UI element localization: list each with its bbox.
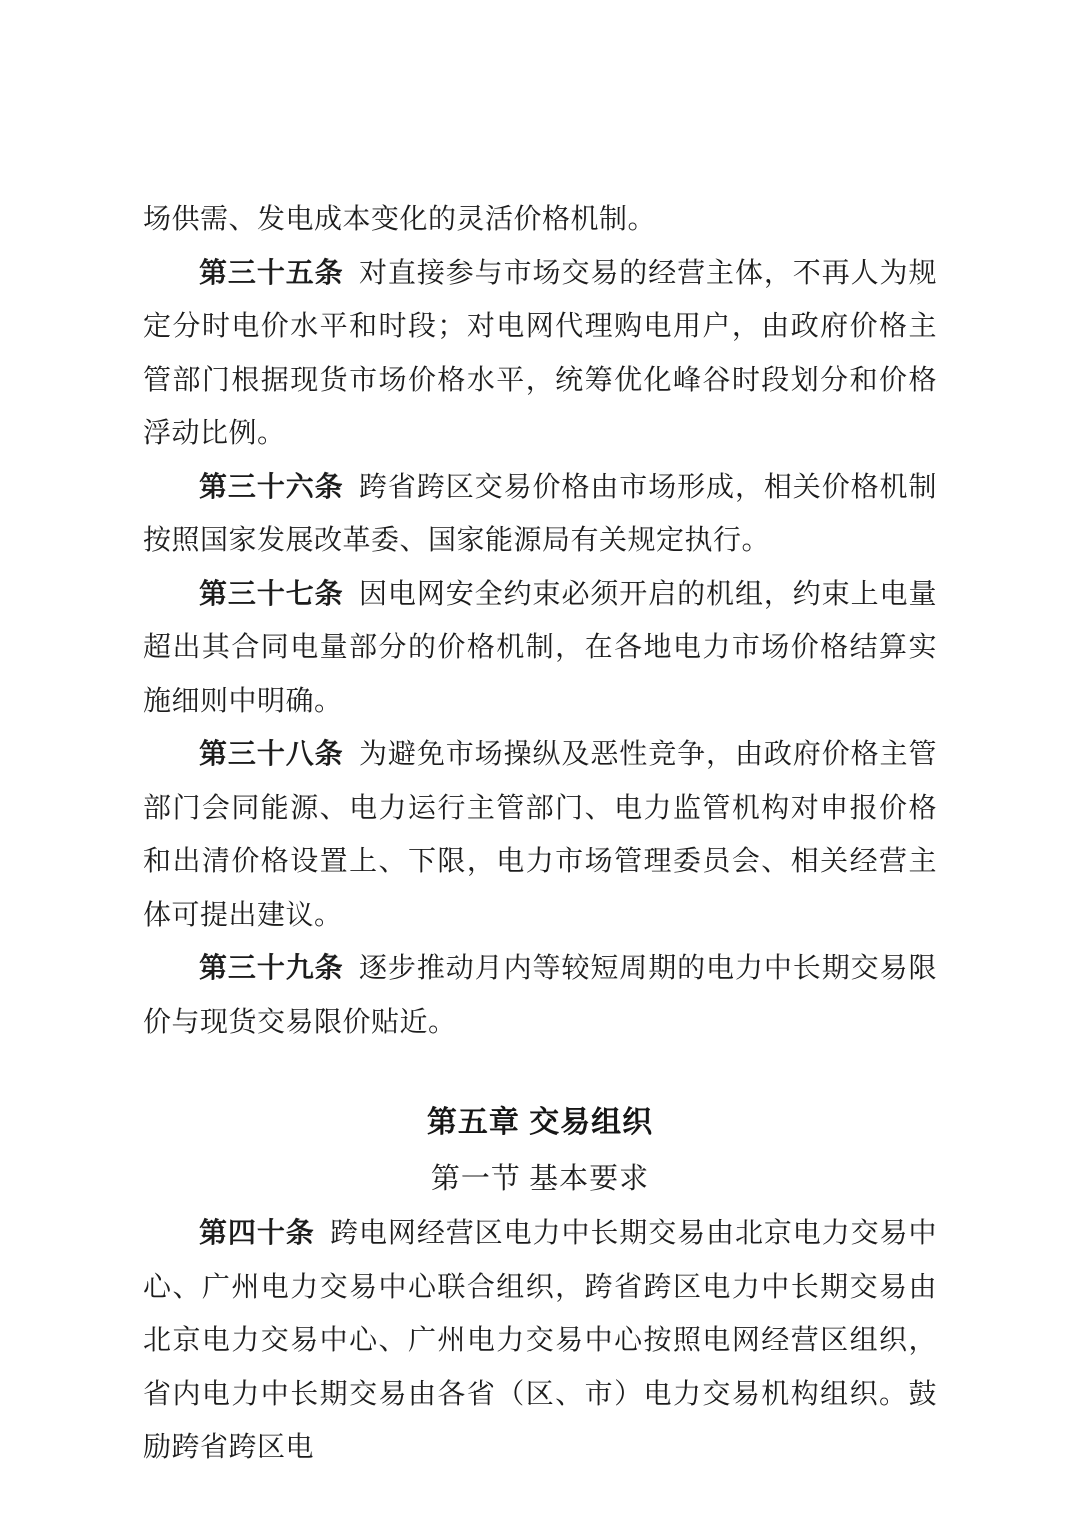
article-number: 第三十九条 — [199, 953, 344, 984]
article-number: 第四十条 — [199, 1218, 315, 1249]
article-paragraph-38: 第三十八条为避免市场操纵及恶性竞争，由政府价格主管部门会同能源、电力运行主管部门… — [143, 728, 937, 942]
chapter-heading: 第五章 交易组织 — [143, 1095, 937, 1151]
document-page: 场供需、发电成本变化的灵活价格机制。 第三十五条对直接参与市场交易的经营主体，不… — [0, 0, 1080, 1527]
article-number: 第三十六条 — [199, 472, 344, 503]
article-number: 第三十八条 — [199, 739, 344, 770]
document-body: 场供需、发电成本变化的灵活价格机制。 第三十五条对直接参与市场交易的经营主体，不… — [143, 193, 937, 1475]
article-paragraph-40: 第四十条跨电网经营区电力中长期交易由北京电力交易中心、广州电力交易中心联合组织，… — [143, 1207, 937, 1475]
article-paragraph-36: 第三十六条跨省跨区交易价格由市场形成，相关价格机制按照国家发展改革委、国家能源局… — [143, 461, 937, 568]
article-paragraph-39: 第三十九条逐步推动月内等较短周期的电力中长期交易限价与现货交易限价贴近。 — [143, 942, 937, 1049]
article-text: 跨电网经营区电力中长期交易由北京电力交易中心、广州电力交易中心联合组织，跨省跨区… — [143, 1218, 937, 1463]
article-number: 第三十七条 — [199, 579, 344, 610]
section-heading: 第一节 基本要求 — [143, 1151, 937, 1207]
article-paragraph-35: 第三十五条对直接参与市场交易的经营主体，不再人为规定分时电价水平和时段；对电网代… — [143, 247, 937, 461]
article-number: 第三十五条 — [199, 258, 344, 289]
paragraph-continuation: 场供需、发电成本变化的灵活价格机制。 — [143, 193, 937, 247]
article-paragraph-37: 第三十七条因电网安全约束必须开启的机组，约束上电量超出其合同电量部分的价格机制，… — [143, 568, 937, 729]
